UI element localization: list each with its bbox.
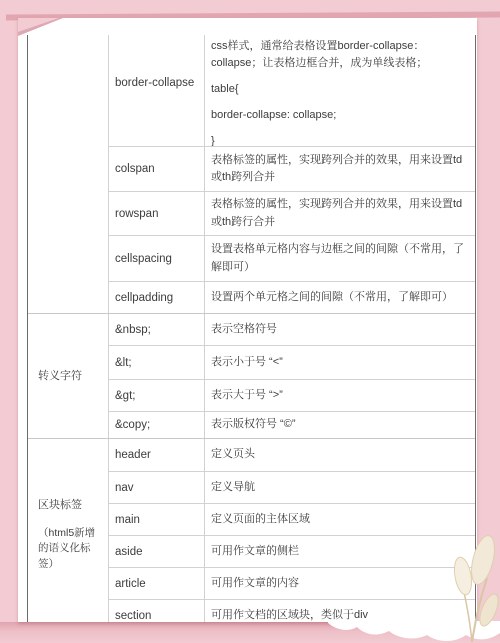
- table-row: cellpadding 设置两个单元格之间的间隙（不常用，了解即可）: [109, 281, 475, 313]
- description-cell: css样式，通常给表格设置border-collapse：collapse；让表…: [205, 35, 475, 163]
- table-group-attributes: border-collapse css样式，通常给表格设置border-coll…: [28, 35, 475, 313]
- table-group-block-tags: 区块标签 （html5新增的语义化标签） header 定义页头 nav 定义导…: [28, 438, 475, 622]
- description-cell: 表格标签的属性，实现跨列合并的效果，用来设置td或th跨行合并: [205, 192, 475, 234]
- category-label: 区块标签: [38, 497, 104, 514]
- category-sublabel: （html5新增的语义化标签）: [38, 526, 104, 573]
- dried-flower-decoration: [442, 524, 500, 643]
- page-background: { "theme": { "background_pink": "#f2ccd2…: [0, 0, 500, 643]
- code-line: table{: [211, 81, 465, 98]
- table-row: border-collapse css样式，通常给表格设置border-coll…: [109, 35, 475, 146]
- description-text: css样式，通常给表格设置border-collapse：collapse；让表…: [211, 38, 465, 72]
- term-cell: cellspacing: [109, 236, 205, 281]
- term-cell: nav: [109, 472, 205, 503]
- description-cell: 表示空格符号: [205, 317, 475, 342]
- group-rows: header 定义页头 nav 定义导航 main 定义页面的主体区域 asid…: [109, 439, 475, 622]
- description-cell: 表示版权符号 “©”: [205, 412, 475, 437]
- table-row: nav 定义导航: [109, 471, 475, 503]
- table-row: &gt; 表示大于号 “>”: [109, 379, 475, 411]
- category-label: 转义字符: [38, 368, 104, 385]
- table-row: &nbsp; 表示空格符号: [109, 314, 475, 345]
- term-cell: &lt;: [109, 346, 205, 379]
- notes-card: border-collapse css样式，通常给表格设置border-coll…: [18, 18, 477, 622]
- term-cell: border-collapse: [109, 35, 205, 146]
- description-cell: 表示大于号 “>”: [205, 383, 475, 408]
- code-line: border-collapse: collapse;: [211, 107, 465, 124]
- term-cell: main: [109, 504, 205, 535]
- term-cell: cellpadding: [109, 282, 205, 313]
- description-cell: 定义页头: [205, 442, 475, 467]
- table-row: &copy; 表示版权符号 “©”: [109, 411, 475, 438]
- table-row: colspan 表格标签的属性，实现跨列合并的效果，用来设置td或th跨列合并: [109, 146, 475, 191]
- category-cell: 区块标签 （html5新增的语义化标签）: [28, 439, 109, 622]
- description-cell: 表示小于号 “<”: [205, 350, 475, 375]
- group-rows: &nbsp; 表示空格符号 &lt; 表示小于号 “<” &gt; 表示大于号 …: [109, 314, 475, 438]
- term-cell: rowspan: [109, 192, 205, 235]
- term-cell: &gt;: [109, 380, 205, 411]
- table-row: header 定义页头: [109, 439, 475, 471]
- table-row: article 可用作文章的内容: [109, 567, 475, 599]
- table-row: aside 可用作文章的侧栏: [109, 535, 475, 567]
- table-row: section 可用作文档的区域块，类似于div: [109, 599, 475, 622]
- table-row: cellspacing 设置表格单元格内容与边框之间的间隙（不常用，了解即可）: [109, 235, 475, 281]
- description-cell: 定义导航: [205, 475, 475, 500]
- category-cell: 转义字符: [28, 314, 109, 438]
- table-row: &lt; 表示小于号 “<”: [109, 345, 475, 379]
- description-cell: 可用作文档的区域块，类似于div: [205, 603, 475, 622]
- description-cell: 可用作文章的侧栏: [205, 539, 475, 564]
- table-row: main 定义页面的主体区域: [109, 503, 475, 535]
- description-cell: 可用作文章的内容: [205, 571, 475, 596]
- reference-table: border-collapse css样式，通常给表格设置border-coll…: [27, 35, 476, 622]
- table-group-escape-chars: 转义字符 &nbsp; 表示空格符号 &lt; 表示小于号 “<” &gt; 表…: [28, 313, 475, 438]
- description-cell: 设置两个单元格之间的间隙（不常用，了解即可）: [205, 285, 475, 310]
- term-cell: section: [109, 600, 205, 622]
- description-cell: 表格标签的属性，实现跨列合并的效果，用来设置td或th跨列合并: [205, 148, 475, 190]
- term-cell: header: [109, 439, 205, 471]
- description-cell: 设置表格单元格内容与边框之间的间隙（不常用，了解即可）: [205, 237, 475, 279]
- category-cell: [28, 35, 109, 313]
- term-cell: aside: [109, 536, 205, 567]
- table-row: rowspan 表格标签的属性，实现跨列合并的效果，用来设置td或th跨行合并: [109, 191, 475, 235]
- term-cell: colspan: [109, 147, 205, 191]
- description-cell: 定义页面的主体区域: [205, 507, 475, 532]
- group-rows: border-collapse css样式，通常给表格设置border-coll…: [109, 35, 475, 313]
- term-cell: article: [109, 568, 205, 599]
- term-cell: &nbsp;: [109, 314, 205, 345]
- term-cell: &copy;: [109, 412, 205, 438]
